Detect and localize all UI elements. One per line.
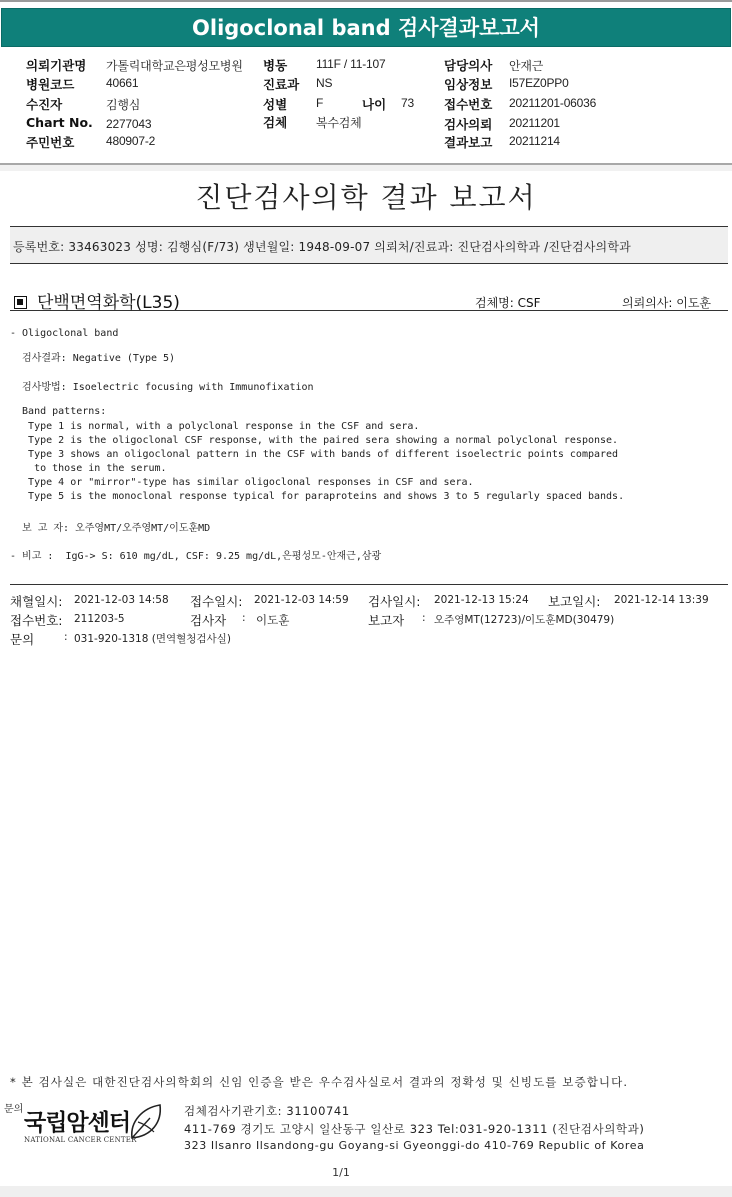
value-receipt-time: 2021-12-03 14:59 [254,594,349,606]
test-result: 검사결과: Negative (Type 5) [10,349,175,364]
value-age: 73 [401,96,414,110]
inquiry-colon: : [64,631,68,643]
label-result-report: 결과보고 [444,133,492,151]
label-attending-doctor: 담당의사 [444,56,492,74]
label-clinical-info: 임상정보 [444,75,492,93]
reporter-colon: : [422,612,426,624]
label-age: 나이 [362,95,386,113]
document-title: 진단검사의학 결과 보고서 [0,176,732,216]
value-patient: 김행심 [106,96,140,113]
value-requesting-institution: 가톨릭대학교은평성모병원 [106,57,243,74]
value-test-time: 2021-12-13 15:24 [434,594,529,606]
address-korean: 411-769 경기도 고양시 일산동구 일산로 323 Tel:031-920… [184,1121,644,1137]
value-receipt-number: 20211201-06036 [509,96,596,110]
test-name: - Oligoclonal band [10,328,118,339]
label-department: 진료과 [263,75,299,93]
reporters: 보 고 자: 오주영MT/오주영MT/이도훈MD [10,519,210,534]
bottom-margin [0,1186,732,1197]
national-cancer-center-logo: 문의 국립암센터 NATIONAL CANCER CENTER [4,1100,174,1150]
band-type-3-cont: to those in the serum. [10,463,167,474]
patient-info-bar: 등록번호: 33463023 성명: 김행심(F/73) 생년월일: 1948-… [10,226,728,264]
band-type-3: Type 3 shows an oligoclonal pattern in t… [10,449,618,460]
label-collection-time: 채혈일시: [10,592,63,610]
value-attending-doctor: 안재근 [509,57,543,74]
section-title-text: 단백면역화학(L35) [37,293,180,313]
label-requesting-institution: 의뢰기관명 [26,56,86,74]
value-result-report: 20211214 [509,134,560,148]
band-type-2: Type 2 is the oligoclonal CSF response, … [10,435,618,446]
section-divider-band [0,165,732,171]
label-chart-no: Chart No. [26,115,93,130]
institution-code: 검체검사기관기호: 31100741 [184,1103,350,1119]
value-collection-time: 2021-12-03 14:58 [74,594,169,606]
value-chart-no: 2277043 [106,117,151,131]
page-number: 1/1 [0,1166,682,1179]
value-test-request: 20211201 [509,116,560,130]
value-ward: 111F / 11-107 [316,57,385,71]
label-inquiry: 문의 [10,630,34,648]
label-receipt-no: 접수번호: [10,611,63,629]
label-reporter: 보고자 [368,611,404,629]
value-reporter: 오주영MT(12723)/이도훈MD(30479) [434,612,614,627]
value-clinical-info: I57EZ0PP0 [509,76,569,90]
value-resident-no: 480907-2 [106,134,155,148]
value-receipt-no: 211203-5 [74,613,125,625]
label-receipt-number: 접수번호 [444,95,492,113]
accreditation-notice: * 본 검사실은 대한진단검사의학회의 신임 인증을 받은 우수검사실로서 결과… [10,1074,628,1090]
label-ward: 병동 [263,56,287,74]
specimen-name: 검체명: CSF [475,294,541,311]
banner-title: Oligoclonal band 검사결과보고서 [2,9,730,47]
section-header: 단백면역화학(L35) 검체명: CSF 의뢰의사: 이도훈 [10,288,728,311]
test-method: 검사방법: Isoelectric focusing with Immunofi… [10,378,314,393]
logo-name-english: NATIONAL CANCER CENTER [24,1136,137,1144]
remarks: - 비고 : IgG-> S: 610 mg/dL, CSF: 9.25 mg/… [10,547,381,562]
value-sex: F [316,96,323,110]
label-test-time: 검사일시: [368,592,421,610]
logo-name-korean: 국립암센터 [24,1104,130,1137]
label-specimen: 검체 [263,113,287,131]
checkbox-square-icon [14,296,27,309]
band-type-4: Type 4 or "mirror"-type has similar olig… [10,477,474,488]
label-report-time: 보고일시: [548,592,601,610]
label-sex: 성별 [263,95,287,113]
label-resident-no: 주민번호 [26,133,74,151]
value-specimen: 복수검체 [316,114,362,131]
requesting-doctor: 의뢰의사: 이도훈 [622,294,711,311]
label-patient: 수진자 [26,95,62,113]
band-type-5: Type 5 is the monoclonal response typica… [10,491,624,502]
value-department: NS [316,76,332,90]
value-report-time: 2021-12-14 13:39 [614,594,709,606]
top-border [0,0,732,2]
label-test-request: 검사의뢰 [444,115,492,133]
patient-info-text: 등록번호: 33463023 성명: 김행심(F/73) 생년월일: 1948-… [13,238,631,255]
value-hospital-code: 40661 [106,76,138,90]
report-banner: Oligoclonal band 검사결과보고서 [1,8,731,47]
label-receipt-time: 접수일시: [190,592,243,610]
leaf-icon [128,1102,164,1142]
value-tester: 이도훈 [256,612,289,628]
label-hospital-code: 병원코드 [26,75,74,93]
section-title: 단백면역화학(L35) [14,288,180,313]
band-patterns-heading: Band patterns: [10,406,106,417]
value-inquiry: 031-920-1318 (면역혈청검사실) [74,631,231,646]
tester-colon: : [242,612,246,624]
footer-divider [10,584,728,585]
band-type-1: Type 1 is normal, with a polyclonal resp… [10,421,419,432]
address-english: 323 Ilsanro Ilsandong-gu Goyang-si Gyeon… [184,1139,644,1152]
logo-inquiry-label: 문의 [4,1100,23,1115]
label-tester: 검사자 [190,611,226,629]
